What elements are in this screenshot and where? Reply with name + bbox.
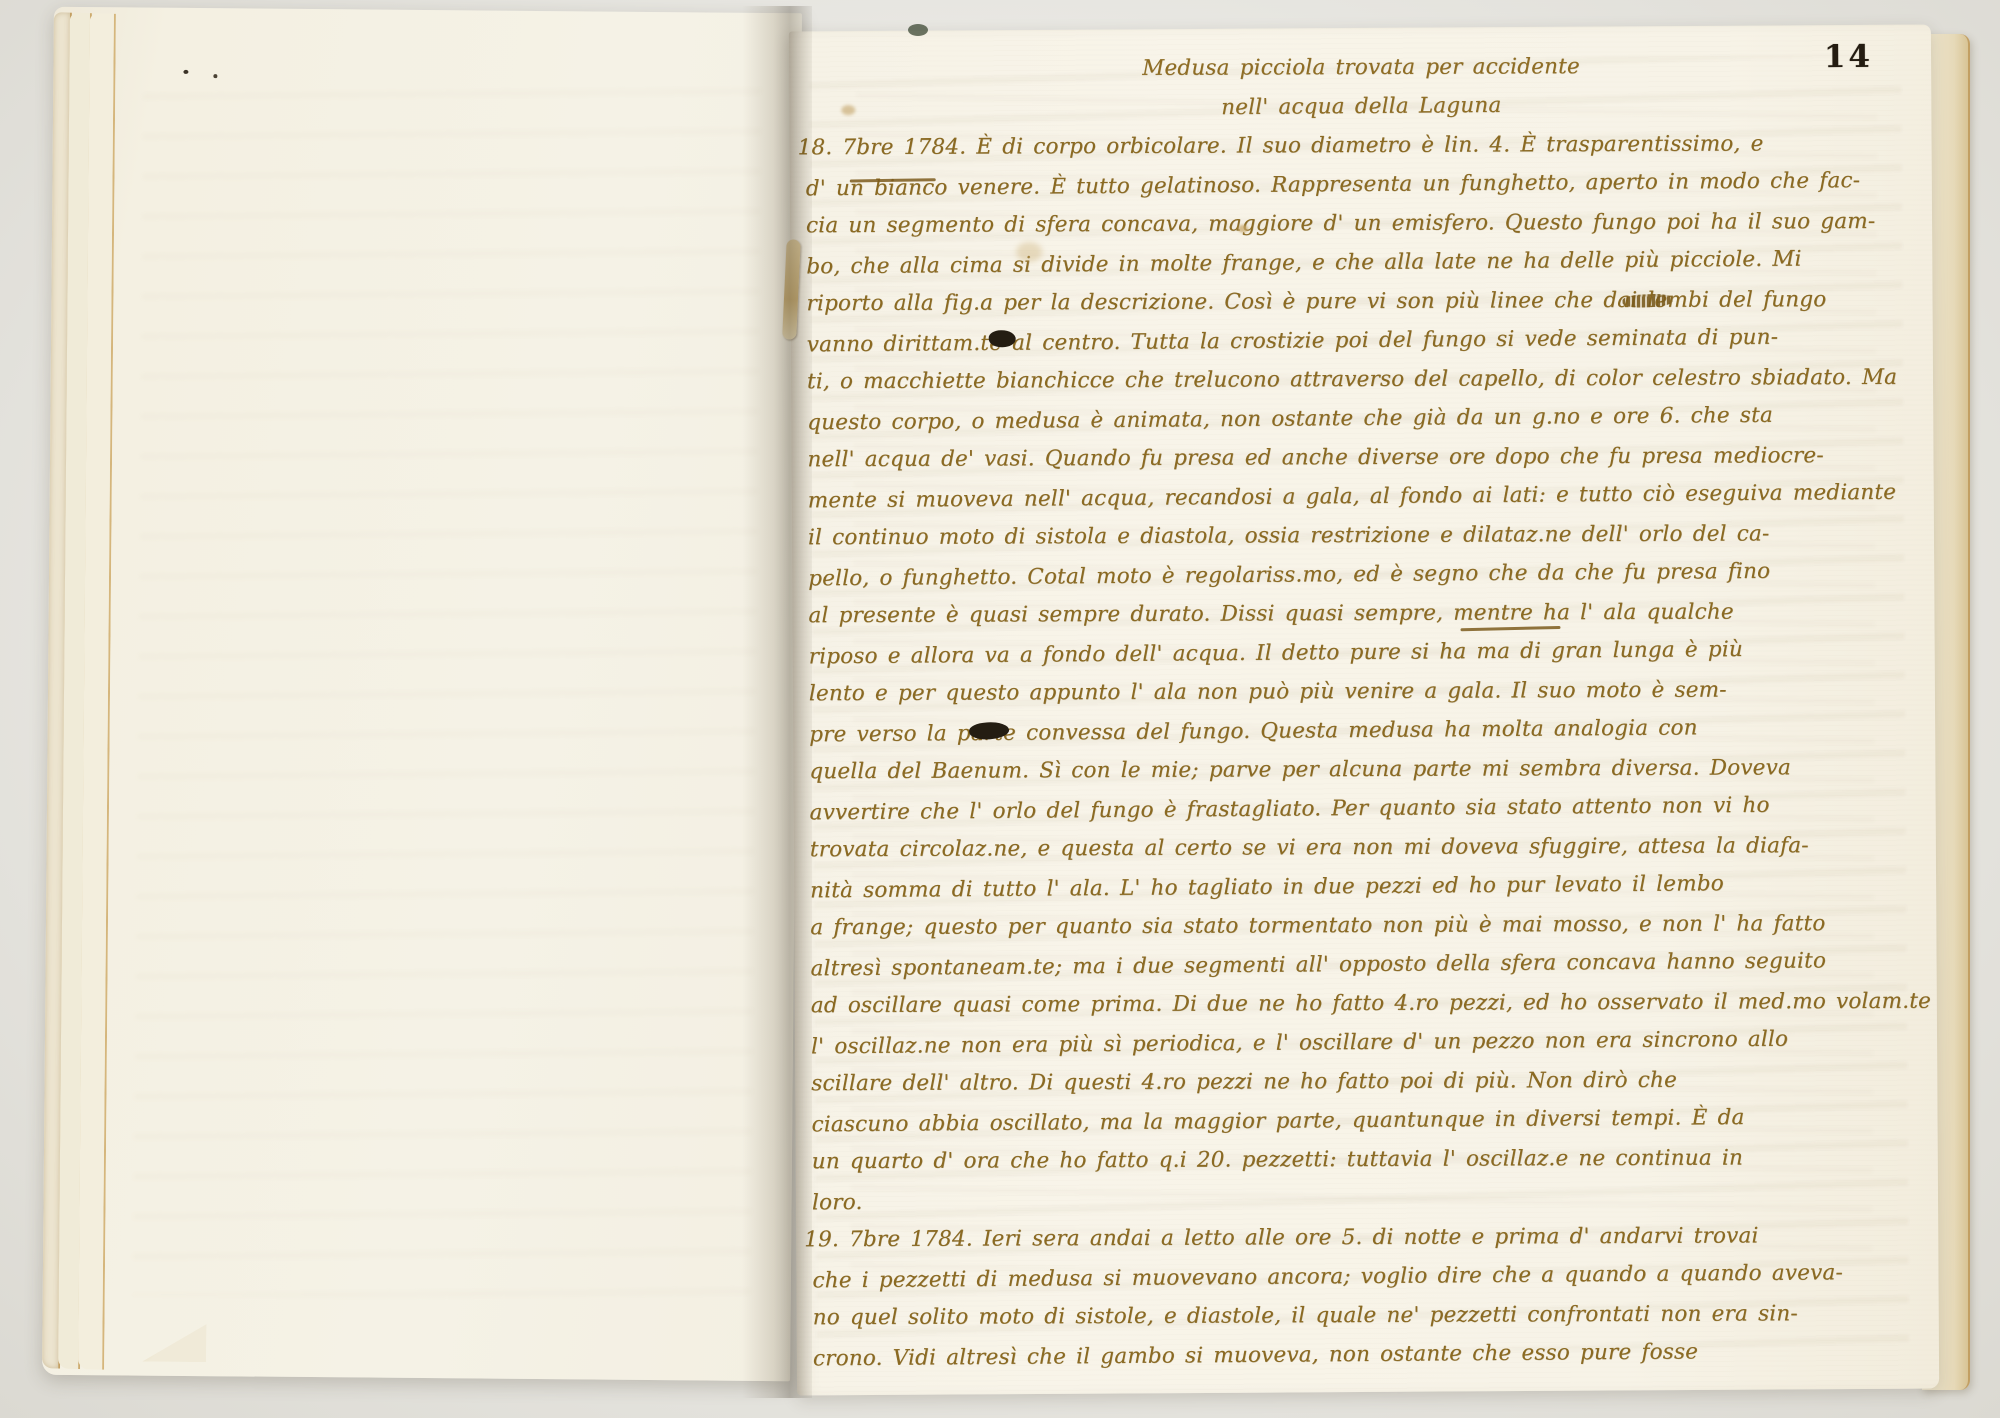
manuscript-line: Medusa picciola trovata per accidente (805, 46, 1917, 89)
manuscript-line-text: scillare dell' altro. Di questi 4.ro pez… (811, 1068, 1677, 1096)
manuscript-line-text: pello, o funghetto. Cotal moto è regolar… (808, 559, 1770, 592)
manuscript-line: nità somma di tutto l' ala. L' ho taglia… (810, 863, 1922, 911)
show-through-faint (133, 68, 762, 1301)
manuscript-line: scillare dell' altro. Di questi 4.ro pez… (811, 1060, 1923, 1103)
manuscript-line: trovata circolaz.ne, e questa al certo s… (810, 826, 1922, 869)
manuscript-line: l' oscillaz.ne non era più sì periodica,… (811, 1019, 1923, 1067)
foxing-spot (841, 105, 855, 115)
manuscript-line: il continuo moto di sistola e diastola, … (808, 514, 1920, 557)
manuscript-line: questo corpo, o medusa è animata, non os… (807, 395, 1919, 443)
foxing-spot (1238, 225, 1248, 233)
manuscript-line: altresì spontaneam.te; ma i due segmenti… (810, 941, 1922, 989)
paper-stain (1016, 242, 1042, 262)
manuscript-line-text: 18. 7bre 1784. È di corpo orbicolare. Il… (798, 131, 1764, 160)
manuscript-line-text: il continuo moto di sistola e diastola, … (808, 521, 1770, 550)
ink-blot (989, 330, 1016, 347)
manuscript-line-text: mente si muoveva nell' acqua, recandosi … (808, 480, 1897, 514)
manuscript-line-text: trovata circolaz.ne, e questa al certo s… (810, 833, 1809, 862)
manuscript-line: 18. 7bre 1784. È di corpo orbicolare. Il… (797, 124, 1917, 167)
manuscript-line-text: un quarto d' ora che ho fatto q.i 20. pe… (812, 1145, 1743, 1174)
manuscript-line-text: no quel solito moto di sistole, e diasto… (813, 1301, 1798, 1330)
foxing-spot (183, 70, 188, 74)
manuscript-line-text: questo corpo, o medusa è animata, non os… (807, 403, 1773, 436)
manuscript-line: bo, che alla cima si divide in molte fra… (806, 239, 1918, 287)
manuscript-line: un quarto d' ora che ho fatto q.i 20. pe… (812, 1138, 1924, 1181)
manuscript-line: riporto alla fig.a per la descrizione. C… (806, 280, 1918, 323)
manuscript-line: ad oscillare quasi come prima. Di due ne… (811, 982, 1923, 1025)
manuscript-line: loro. (812, 1175, 1924, 1223)
manuscript-line: pello, o funghetto. Cotal moto è regolar… (808, 551, 1920, 599)
manuscript-line-text: che i pezzetti di medusa si muovevano an… (812, 1260, 1843, 1293)
left-blank-page (42, 7, 802, 1381)
manuscript-line: ciascuno abbia oscillato, ma la maggior … (811, 1097, 1923, 1145)
manuscript-line-text: altresì spontaneam.te; ma i due segmenti… (810, 948, 1826, 981)
manuscript-line: ti, o macchiette bianchicce che trelucon… (807, 358, 1919, 401)
manuscript-line: riposo e allora va a fondo dell' acqua. … (809, 629, 1921, 677)
manuscript-line-text: ad oscillare quasi come prima. Di due ne… (811, 989, 1931, 1018)
manuscript-line: cia un segmento di sfera concava, maggio… (806, 202, 1918, 245)
manuscript-line: vanno dirittam.te al centro. Tutta la cr… (807, 317, 1919, 365)
manuscript-line-text: ciascuno abbia oscillato, ma la maggior … (811, 1105, 1744, 1137)
manuscript-line: d' un bianco venere. È tutto gelatinoso.… (806, 161, 1918, 209)
manuscript-line-text: a frange; questo per quanto sia stato to… (810, 911, 1825, 940)
manuscript-line: 19. 7bre 1784. Ieri sera andai a letto a… (804, 1216, 1924, 1259)
binding-notch (908, 24, 928, 36)
manuscript-line-text: Medusa picciola trovata per accidente (1142, 54, 1580, 81)
manuscript-photo: 14 Medusa picciola trovata per accidente… (0, 0, 2000, 1418)
manuscript-line-text: 19. 7bre 1784. Ieri sera andai a letto a… (804, 1223, 1758, 1252)
manuscript-line-text: nell' acqua della Laguna (1221, 93, 1501, 120)
manuscript-line-text: al presente è quasi sempre durato. Dissi… (808, 600, 1733, 629)
manuscript-line-text: riporto alla fig.a per la descrizione. C… (806, 287, 1826, 316)
dog-ear-fold (142, 1324, 206, 1363)
manuscript-line: avvertire che l' orlo del fungo è frasta… (809, 785, 1921, 833)
manuscript-line: al presente è quasi sempre durato. Dissi… (808, 592, 1920, 635)
manuscript-line: crono. Vidi altresì che il gambo si muov… (813, 1331, 1925, 1379)
manuscript-line-text: quella del Baenum. Sì con le mie; parve … (809, 755, 1791, 784)
page-stack (42, 6, 124, 1376)
manuscript-line-text: l' oscillaz.ne non era più sì periodica,… (811, 1027, 1788, 1060)
manuscript-line: nell' acqua della Laguna (805, 83, 1917, 131)
manuscript-line: lento e per questo appunto l' ala non pu… (809, 670, 1921, 713)
manuscript-line: nell' acqua de' vasi. Quando fu presa ed… (807, 436, 1919, 479)
manuscript-line-text: pre verso la parte convessa del fungo. Q… (809, 715, 1698, 747)
manuscript-page-14: 14 Medusa picciola trovata per accidente… (789, 25, 1939, 1396)
manuscript-line-text: avvertire che l' orlo del fungo è frasta… (810, 793, 1770, 826)
manuscript-line-text: d' un bianco venere. È tutto gelatinoso.… (806, 168, 1861, 201)
manuscript-line-text: loro. (812, 1190, 863, 1215)
manuscript-line-text: ti, o macchiette bianchicce che trelucon… (807, 365, 1897, 394)
manuscript-line-text: nità somma di tutto l' ala. L' ho taglia… (810, 871, 1724, 903)
manuscript-line: a frange; questo per quanto sia stato to… (810, 904, 1922, 947)
manuscript-line: che i pezzetti di medusa si muovevano an… (812, 1253, 1924, 1301)
handwritten-text-block: Medusa picciola trovata per accidente ne… (805, 45, 1925, 1378)
manuscript-line: mente si muoveva nell' acqua, recandosi … (808, 473, 1920, 521)
manuscript-line: quella del Baenum. Sì con le mie; parve … (809, 748, 1921, 791)
manuscript-line-text: lento e per questo appunto l' ala non pu… (809, 678, 1727, 707)
manuscript-line-text: riposo e allora va a fondo dell' acqua. … (809, 637, 1743, 669)
manuscript-line: no quel solito moto di sistole, e diasto… (813, 1294, 1925, 1337)
manuscript-line-text: cia un segmento di sfera concava, maggio… (806, 209, 1875, 238)
manuscript-line-text: bo, che alla cima si divide in molte fra… (806, 247, 1802, 280)
manuscript-line-text: vanno dirittam.te al centro. Tutta la cr… (807, 325, 1779, 358)
manuscript-line-text: crono. Vidi altresì che il gambo si muov… (813, 1339, 1698, 1371)
foxing-spot (213, 74, 217, 78)
manuscript-line-text: nell' acqua de' vasi. Quando fu presa ed… (807, 443, 1823, 472)
